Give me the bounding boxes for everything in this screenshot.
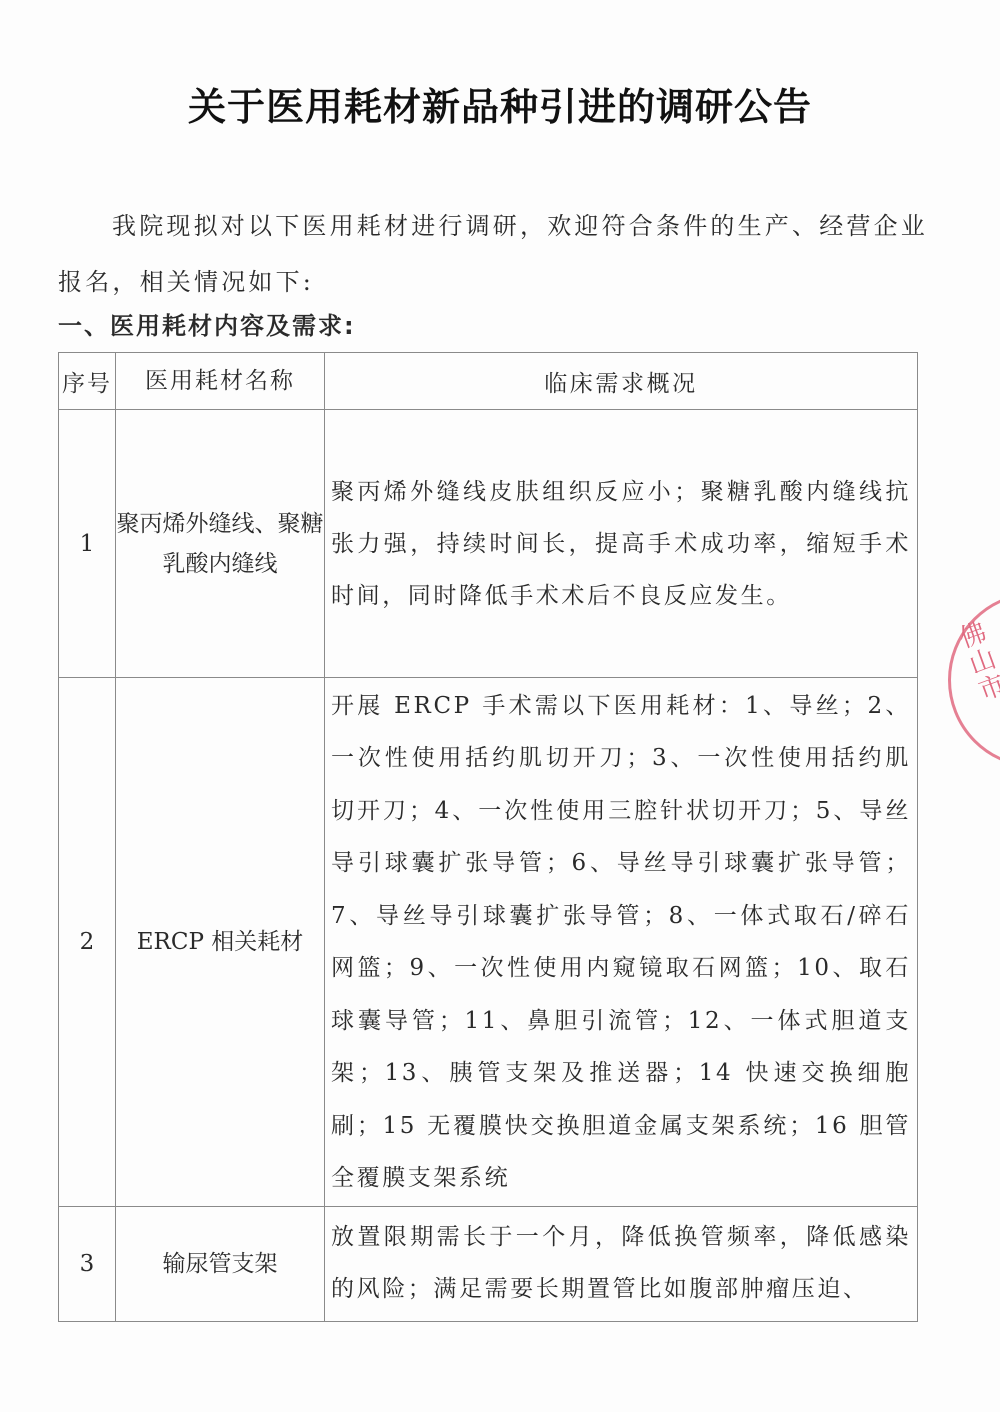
row-number: 2 <box>59 678 116 1207</box>
row-description: 开展 ERCP 手术需以下医用耗材：1、导丝；2、一次性使用括约肌切开刀；3、一… <box>325 678 918 1207</box>
header-number: 序号 <box>59 353 116 410</box>
row-name: 聚丙烯外缝线、聚糖乳酸内缝线 <box>116 410 325 678</box>
row-name: 输尿管支架 <box>116 1207 325 1322</box>
table-row: 2 ERCP 相关耗材 开展 ERCP 手术需以下医用耗材：1、导丝；2、一次性… <box>59 678 918 1207</box>
table-row: 1 聚丙烯外缝线、聚糖乳酸内缝线 聚丙烯外缝线皮肤组织反应小；聚糖乳酸内缝线抗张… <box>59 410 918 678</box>
section-heading: 一、医用耗材内容及需求: <box>58 306 356 341</box>
row-number: 1 <box>59 410 116 678</box>
header-description: 临床需求概况 <box>325 353 918 410</box>
consumables-table: 序号 医用耗材名称 临床需求概况 1 聚丙烯外缝线、聚糖乳酸内缝线 聚丙烯外缝线… <box>58 352 918 1322</box>
table-row: 3 输尿管支架 放置限期需长于一个月，降低换管频率，降低感染的风险；满足需要长期… <box>59 1207 918 1322</box>
row-number: 3 <box>59 1207 116 1322</box>
intro-paragraph: 我院现拟对以下医用耗材进行调研，欢迎符合条件的生产、经营企业报名，相关情况如下: <box>58 198 948 310</box>
header-name: 医用耗材名称 <box>116 353 325 410</box>
row-description: 聚丙烯外缝线皮肤组织反应小；聚糖乳酸内缝线抗张力强，持续时间长，提高手术成功率，… <box>325 410 918 678</box>
row-name: ERCP 相关耗材 <box>116 678 325 1207</box>
page-title: 关于医用耗材新品种引进的调研公告 <box>0 76 1000 131</box>
table-header-row: 序号 医用耗材名称 临床需求概况 <box>59 353 918 410</box>
row-description: 放置限期需长于一个月，降低换管频率，降低感染的风险；满足需要长期置管比如腹部肿瘤… <box>325 1207 918 1322</box>
